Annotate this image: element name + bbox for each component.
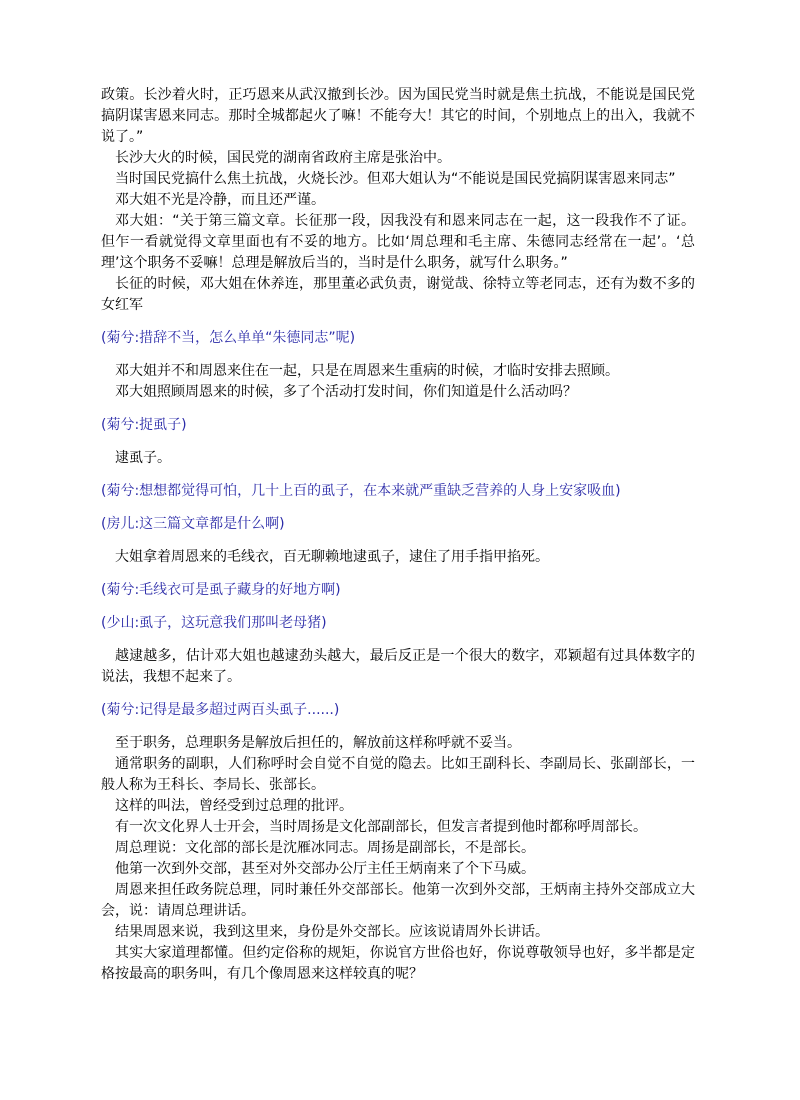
paragraph: 邓大姐照顾周恩来的时候，多了个活动打发时间，你们知道是什么活动吗？	[101, 382, 695, 403]
reader-comment: (房儿:这三篇文章都是什么啊)	[101, 514, 695, 535]
paragraph: 有一次文化界人士开会，当时周扬是文化部副部长，但发言者提到他时都称呼周部长。	[101, 817, 695, 838]
paragraph: 周总理说：文化部的部长是沈雁冰同志。周扬是副部长，不是部长。	[101, 838, 695, 859]
paragraph: 其实大家道理都懂。但约定俗称的规矩，你说官方世俗也好，你说尊敬领导也好，多半都是…	[101, 943, 695, 985]
paragraph: 大姐拿着周恩来的毛线衣，百无聊赖地逮虱子，逮住了用手指甲掐死。	[101, 547, 695, 568]
paragraph: 长征的时候，邓大姐在休养连，那里董必武负责，谢觉哉、徐特立等老同志，还有为数不多…	[101, 274, 695, 316]
document-page: 政策。长沙着火时，正巧恩来从武汉撤到长沙。因为国民党当时就是焦土抗战，不能说是国…	[101, 85, 695, 985]
reader-comment: (菊兮:措辞不当，怎么单单“朱德同志”呢)	[101, 328, 695, 349]
reader-comment: (菊兮:想想都觉得可怕，几十上百的虱子，在本来就严重缺乏营养的人身上安家吸血)	[101, 481, 695, 502]
reader-comment: (菊兮:捉虱子)	[101, 415, 695, 436]
paragraph: 邓大姐不光是冷静，而且还严谨。	[101, 190, 695, 211]
reader-comment: (少山:虱子，这玩意我们那叫老母猪)	[101, 613, 695, 634]
paragraph: 越逮越多，估计邓大姐也越逮劲头越大，最后反正是一个很大的数字，邓颖超有过具体数字…	[101, 646, 695, 688]
paragraph: 邓大姐并不和周恩来住在一起，只是在周恩来生重病的时候，才临时安排去照顾。	[101, 361, 695, 382]
reader-comment: (菊兮:记得是最多超过两百头虱子......)	[101, 700, 695, 721]
paragraph: 这样的叫法，曾经受到过总理的批评。	[101, 796, 695, 817]
paragraph: 通常职务的副职，人们称呼时会自觉不自觉的隐去。比如王副科长、李副局长、张副部长，…	[101, 754, 695, 796]
paragraph: 邓大姐：“关于第三篇文章。长征那一段，因我没有和恩来同志在一起，这一段我作不了证…	[101, 211, 695, 274]
paragraph: 周恩来担任政务院总理，同时兼任外交部部长。他第一次到外交部，王炳南主持外交部成立…	[101, 880, 695, 922]
paragraph: 至于职务，总理职务是解放后担任的，解放前这样称呼就不妥当。	[101, 733, 695, 754]
paragraph: 政策。长沙着火时，正巧恩来从武汉撤到长沙。因为国民党当时就是焦土抗战，不能说是国…	[101, 85, 695, 148]
paragraph: 他第一次到外交部，甚至对外交部办公厅主任王炳南来了个下马威。	[101, 859, 695, 880]
paragraph: 结果周恩来说，我到这里来，身份是外交部长。应该说请周外长讲话。	[101, 922, 695, 943]
reader-comment: (菊兮:毛线衣可是虱子藏身的好地方啊)	[101, 580, 695, 601]
paragraph: 当时国民党搞什么焦土抗战，火烧长沙。但邓大姐认为“不能说是国民党搞阴谋害恩来同志…	[101, 169, 695, 190]
paragraph: 长沙大火的时候，国民党的湖南省政府主席是张治中。	[101, 148, 695, 169]
paragraph: 逮虱子。	[101, 448, 695, 469]
